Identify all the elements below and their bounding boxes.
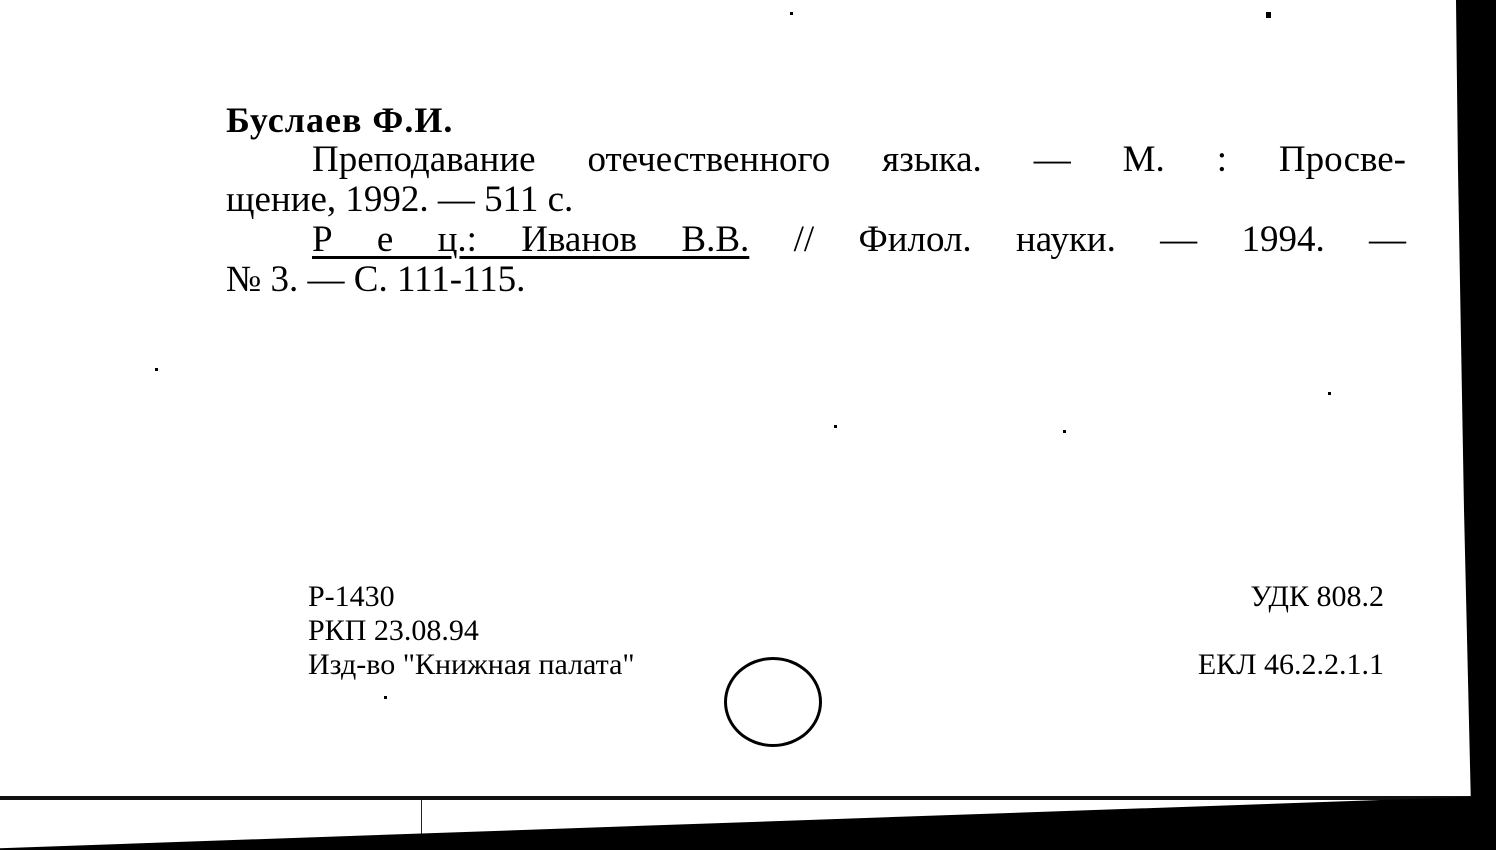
scan-speck <box>155 368 158 371</box>
footer-left: Р-1430 РКП 23.08.94 Изд-во "Книжная пала… <box>308 580 635 682</box>
bibliographic-entry: Буслаев Ф.И. Преподавание отечественного… <box>226 100 1406 300</box>
ekl-code: ЕКЛ 46.2.2.1.1 <box>1198 648 1384 682</box>
catalog-card: Буслаев Ф.И. Преподавание отечественного… <box>0 0 1496 850</box>
scan-speck <box>834 425 837 428</box>
title-line-1: Преподавание отечественного языка. — М. … <box>226 140 1406 180</box>
title-line-2: щение, 1992. — 511 с. <box>226 180 1406 220</box>
scan-speck <box>1266 12 1271 18</box>
scan-speck <box>384 696 387 699</box>
scan-speck <box>1328 392 1331 395</box>
scan-speck <box>790 12 793 15</box>
review-line-1: Р е ц.: Иванов В.В. // Филол. науки. — 1… <box>226 220 1406 260</box>
review-source: // Филол. науки. — 1994. — <box>749 219 1406 260</box>
author-name: Буслаев Ф.И. <box>226 100 1406 140</box>
footer-right: УДК 808.2 ЕКЛ 46.2.2.1.1 <box>1198 580 1384 682</box>
review-label: Р е ц.: Иванов В.В. <box>312 219 749 260</box>
punch-hole-circle <box>724 657 822 747</box>
udk-code: УДК 808.2 <box>1198 580 1384 614</box>
review-line-2: № 3. — С. 111-115. <box>226 260 1406 300</box>
publisher: Изд-во "Книжная палата" <box>308 648 635 682</box>
fold-line <box>421 800 422 836</box>
card-bottom-edge <box>0 796 1488 800</box>
rkp-date: РКП 23.08.94 <box>308 614 635 648</box>
scan-speck <box>1063 430 1066 433</box>
card-code: Р-1430 <box>308 580 635 614</box>
